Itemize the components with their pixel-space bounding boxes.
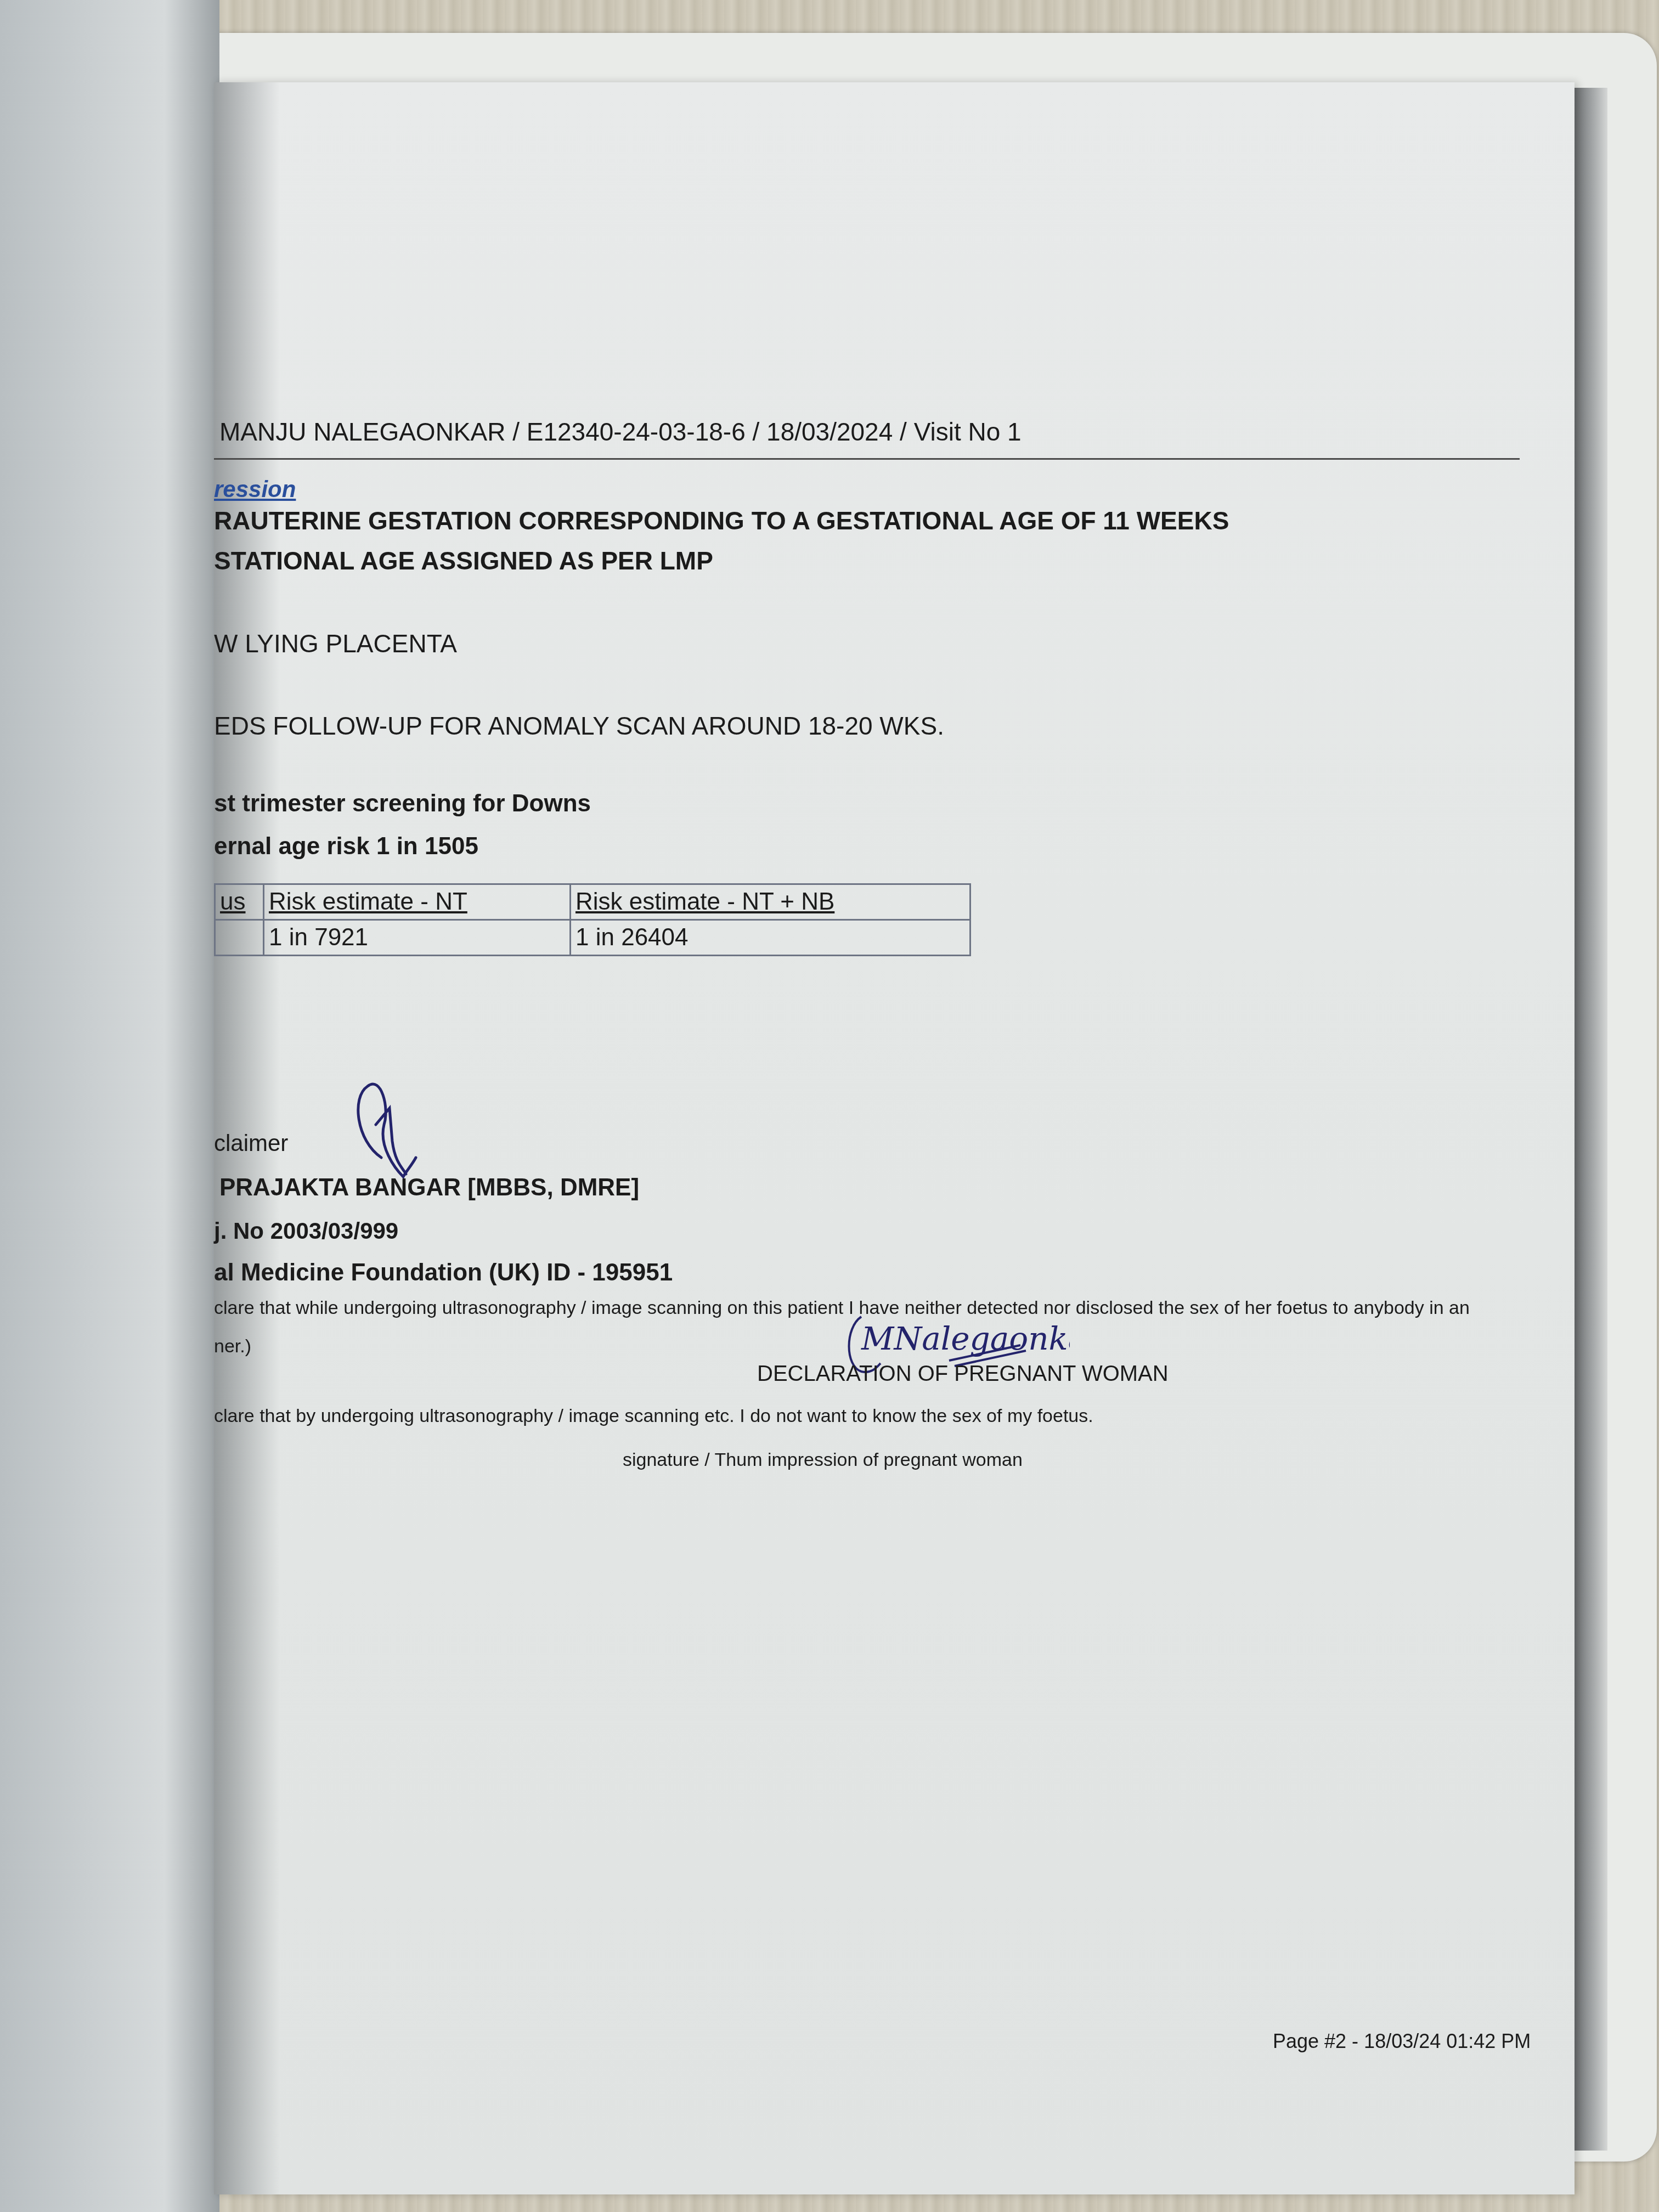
disclaimer-label: claimer [214, 1130, 288, 1156]
impression-line-1: RAUTERINE GESTATION CORRESPONDING TO A G… [214, 506, 1229, 535]
risk-table-cell: 1 in 7921 [264, 920, 571, 956]
risk-table-header-row: us Risk estimate - NT Risk estimate - NT… [215, 884, 970, 920]
header-divider [214, 458, 1520, 460]
doctor-declaration-cont: ner.) [214, 1336, 251, 1357]
doctor-name: PRAJAKTA BANGAR [MBBS, DMRE] [219, 1174, 639, 1201]
pregnant-woman-declaration: clare that by undergoing ultrasonography… [214, 1406, 1093, 1427]
impression-note-placenta: W LYING PLACENTA [214, 629, 457, 658]
declaration-pregnant-woman-title: DECLARATION OF PREGNANT WOMAN [757, 1362, 1169, 1386]
table-row: 1 in 7921 1 in 26404 [215, 920, 970, 956]
risk-table-header: Risk estimate - NT + NB [571, 884, 970, 920]
risk-table-cell [215, 920, 264, 956]
maternal-age-risk: ernal age risk 1 in 1505 [214, 833, 478, 860]
screening-title: st trimester screening for Downs [214, 790, 591, 817]
fmf-id: al Medicine Foundation (UK) ID - 195951 [214, 1259, 673, 1286]
risk-table: us Risk estimate - NT Risk estimate - NT… [214, 883, 971, 956]
report-page: MANJU NALEGAONKAR / E12340-24-03-18-6 / … [214, 82, 1575, 2194]
risk-table-cell: 1 in 26404 [571, 920, 970, 956]
svg-text:MNalegaonkar: MNalegaonkar [861, 1320, 1070, 1357]
risk-table-header: Risk estimate - NT [264, 884, 571, 920]
patient-header: MANJU NALEGAONKAR / E12340-24-03-18-6 / … [219, 417, 1022, 447]
page-footer: Page #2 - 18/03/24 01:42 PM [1273, 2030, 1531, 2053]
page-edge-shadow [1575, 88, 1607, 2151]
signature-label: signature / Thum impression of pregnant … [623, 1449, 1023, 1471]
impression-heading: ression [214, 476, 296, 503]
risk-table-header: us [215, 884, 264, 920]
impression-note-followup: EDS FOLLOW-UP FOR ANOMALY SCAN AROUND 18… [214, 711, 944, 741]
impression-line-2: STATIONAL AGE ASSIGNED AS PER LMP [214, 546, 713, 575]
doctor-signature-icon [329, 1075, 450, 1185]
doctor-reg-no: j. No 2003/03/999 [214, 1218, 398, 1244]
left-facing-page [0, 0, 219, 2212]
